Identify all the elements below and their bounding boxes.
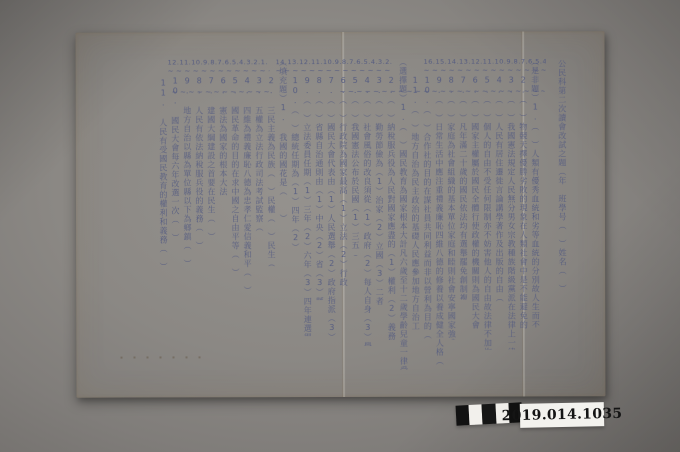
ink-specks [120, 356, 208, 358]
handwritten-column: 11. 人民有受國民教育的權利和義務（ ） [158, 78, 170, 296]
handwritten-column: 3.（ ）我國憲法規定人民無分男女宗教種族階級黨派在法律上一律平等（ ） [506, 76, 518, 350]
handwritten-column: （填充題）1. 我國的國花是（ ） [278, 58, 289, 218]
catalog-number-text: 2019.014.1035 [501, 406, 622, 425]
handwritten-column: 7.（ ）國民大會代表由（1）人民選舉（2）政府指派（3）考試產生（ ） [326, 76, 338, 340]
answer-numbers-row: 14.13.12.11.10.9.8.7.6.5.4.3.2.1. [276, 58, 392, 67]
handwritten-column: 10. 國民大會每六年改選一次（ ） [170, 76, 182, 290]
document-page: 公民科第二次讀會改試之題（年 班學号（ ）姓名（ ）（是非題）1.（ ）人類有優… [76, 31, 606, 397]
handwritten-column: 5.（ ）我國憲法公布於民國（1）三五（2）三六年（ ） [350, 76, 361, 256]
handwritten-column: 6.（ ）行政院為國家最高（1）立法（2）行政機關（ ） [338, 76, 350, 286]
handwritten-column: 2. 三民主義為民族（ ）民權（ ）民生（ ） [266, 76, 277, 266]
handwritten-column: 8. 人民有依法納稅服兵役的義務（ ） [194, 76, 206, 300]
answer-numbers-row: 16.15.14.13.12.11.10.9.8.7.6.5.4.3.2.1. [424, 57, 546, 66]
handwritten-column: 2.（ ）納稅服兵役為人民對國家應盡的（1）權利（2）義務（3）責任（ ） [386, 76, 398, 340]
scale-bar-square [469, 404, 483, 425]
scale-bar-square [482, 404, 496, 425]
handwritten-column: 10.（ ）合作社的目的在謀社員共同利益而非以營利為目的（ ） [422, 76, 434, 340]
handwritten-column: 4. 四維為禮義廉恥八德為忠孝仁愛信義和平（ ） [242, 76, 254, 300]
handwritten-column: 5.（ ）個人的自由不受任何限制亦不妨害他人的自由故法律不加拘束（ ） [482, 76, 494, 350]
handwritten-column: 9.（ ）日常生活中應注重禮義廉恥四維八德的修養以養成健全人格（ ） [434, 76, 446, 366]
handwritten-column: 2.（ ）物競天擇優勝劣敗的現象在人類社會中是不能避免的事實（ ） [518, 76, 530, 330]
handwritten-column: 4.（ ）社會風俗的改良須從（1）政府（2）每人自身（3）學校做起（ ） [362, 76, 374, 346]
scale-bar-square [456, 405, 470, 426]
handwritten-column: 11.（ ）地方自治為民主政治的基礎人民應參加地方自治工作（ ） [410, 76, 422, 330]
handwritten-column: 3. 五權為立法行政司法考試監察（ ） [254, 76, 265, 236]
handwritten-column: 4.（ ）人民有居住遷徙言論講學著作及出版的自由（ ） [494, 76, 506, 310]
answer-numbers-row: 12.11.10.9.8.7.6.5.4.3.2.1. [168, 58, 270, 67]
handwritten-column: 3.（ ）勤勞節儉為（1）治家（2）立國（3）二者皆是的要道（ ） [374, 76, 386, 306]
handwritten-column: 10.（ ）總統任期為（1）四年（2）六年（ ） [290, 76, 301, 246]
handwritten-column: 7. 建國大綱建設之首要在民生（ ） [206, 76, 217, 236]
archival-photograph: 公民科第二次讀會改試之題（年 班學号（ ）姓名（ ）（是非題）1.（ ）人類有優… [0, 0, 680, 452]
handwritten-column: 公民科第二次讀會改試之題（年 班學号（ ）姓名（ ） [557, 59, 569, 287]
handwritten-column: （是非題）1.（ ）人類有優秀血統和劣等血統的分別故人生而不平等的（ ） [530, 57, 542, 327]
handwritten-column: 7.（ ）凡年滿二十歲的國民依法均有選舉罷免創制複決之權（ ） [458, 76, 470, 300]
handwritten-column: 9. 地方自治以縣為單位縣以下為鄉鎮（ ） [182, 76, 194, 300]
handwritten-column: 8.（ ）家庭為社會組織的基本單位家庭和睦則社會安寧國家強盛（ ） [446, 76, 458, 340]
handwritten-column: 8.（ ）省縣自治通則由（1）中央（2）省（3）縣制定之（ ） [314, 76, 326, 300]
handwritten-column: 5. 國民革命的目的在求中國之自由平等（ ） [230, 76, 242, 272]
wavy-marks-row: ~~~~~~~~~~~~~~~~~~~~~~~~ [424, 66, 546, 74]
wavy-marks-row: ~~~~~~~~~~~~~~~~~~~~ [172, 88, 272, 96]
wavy-marks-row: ~~~~~~~~~~~~~~~~~~~~~~~~~~~~~~~~~~~~~~~~ [340, 87, 545, 96]
wavy-marks-row: ~~~~~~~~~~~~~~~~~~~~ [168, 67, 270, 75]
handwritten-column: 6.（ ）國家主權屬於國民全體行使政權的機關則為國民大會（ ） [470, 76, 482, 330]
catalog-number-label: 2019.014.1035 [520, 402, 604, 428]
handwritten-column: 9.（ ）立法委員任期（1）三年（2）六年（3）四年連選得連任（ ） [302, 76, 314, 336]
handwritten-column: （選擇題）1.（ ）國民教育為國家根本大計凡六歲至十二歲學齡兒童一律受基本教育（… [398, 58, 410, 370]
wavy-marks-row: ~~~~~~~~~~~~~~~~~~~~~~~ [276, 67, 392, 75]
